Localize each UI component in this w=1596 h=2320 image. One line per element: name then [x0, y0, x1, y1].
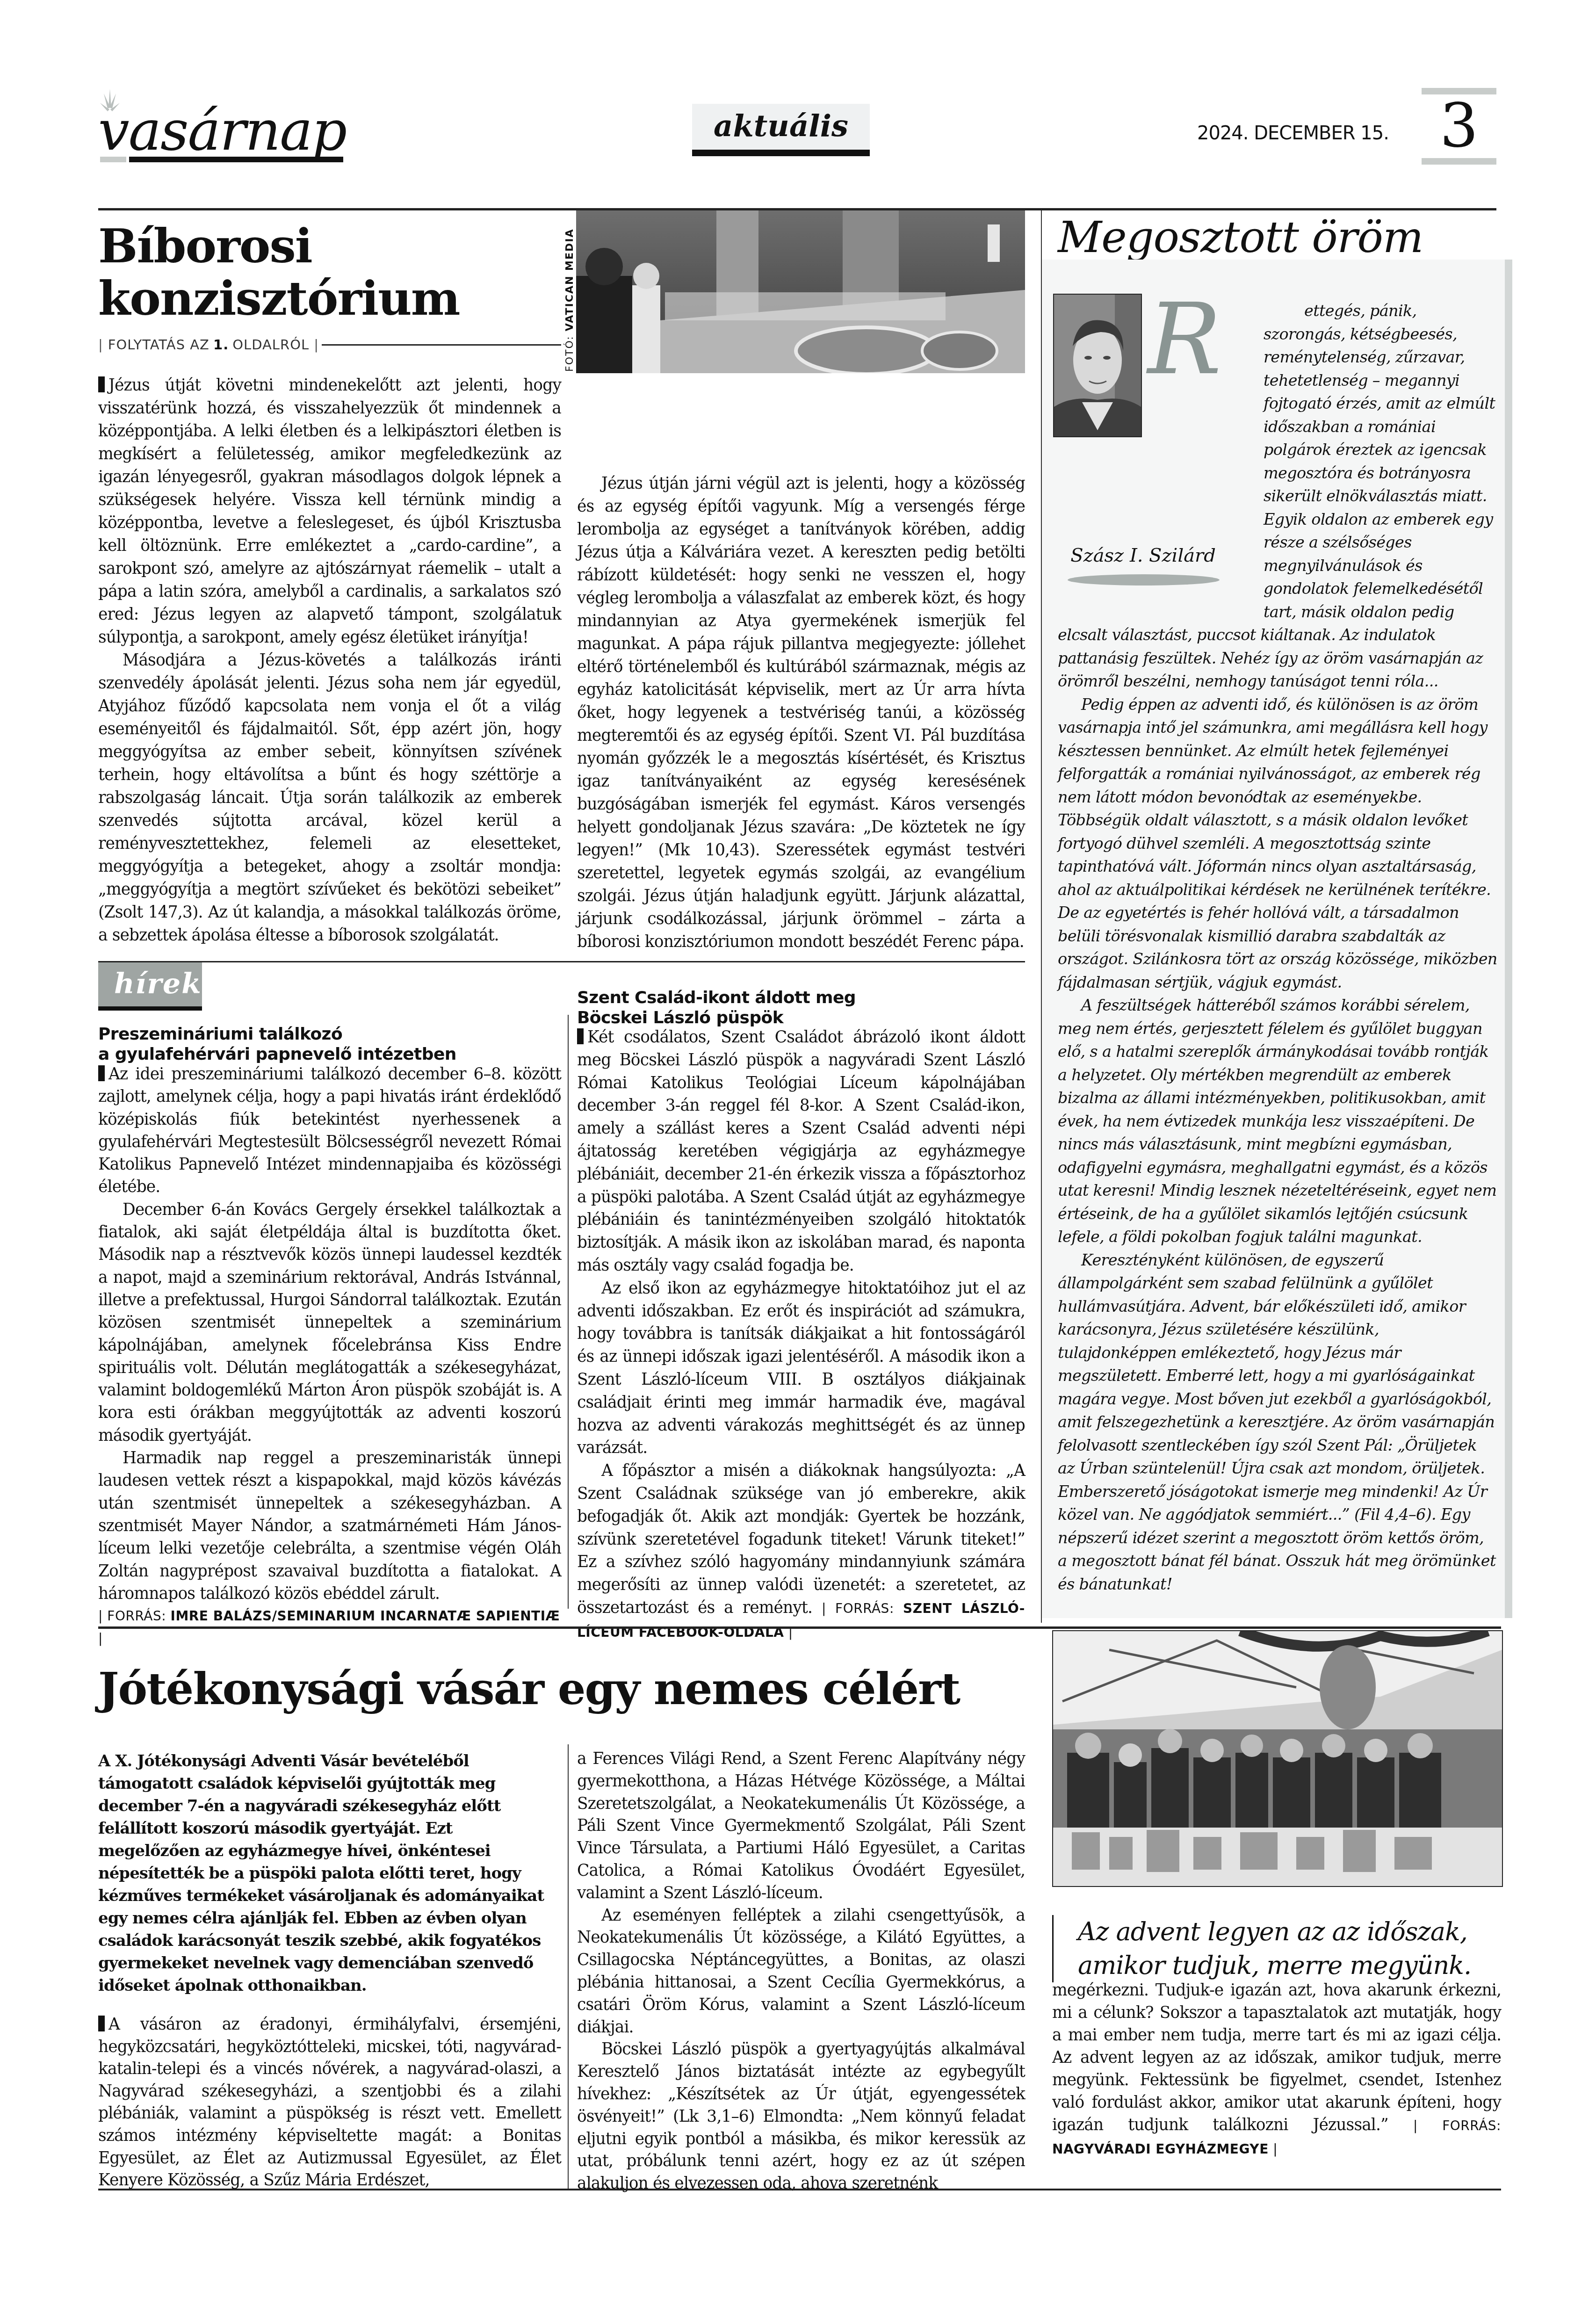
consistory-body-col1: Jézus útját követni mindenekelőtt azt je… [98, 374, 561, 947]
paragraph-text: Jézus útját követni mindenekelőtt azt je… [98, 376, 561, 647]
paragraph: A feszültségek hátteréből számos korábbi… [1058, 994, 1497, 1249]
paragraph: Keresztényként különösen, de egyszerű ál… [1058, 1249, 1497, 1596]
source-name: NAGYVÁRADI EGYHÁZMEGYE [1052, 2141, 1269, 2157]
news-section-tab: hírek [98, 962, 202, 1008]
column-divider [568, 1744, 569, 2189]
paragraph: December 6-án Kovács Gergely érsekkel ta… [98, 1199, 561, 1447]
news-item-1-body: Az idei preszemináriumi találkozó decemb… [98, 1063, 561, 1650]
market-lede: A X. Jótékonysági Adventi Vásár bevételé… [98, 1750, 552, 1997]
headline-line-1: Bíborosi [98, 220, 460, 272]
pull-quote: Az advent legyen az az időszak, amikor t… [1052, 1915, 1527, 1982]
paragraph: Az eseményen felléptek a zilahi csengett… [577, 1905, 1025, 2039]
page-bottom-rule [98, 2189, 1501, 2190]
paragraph-text: A főpásztor a misén a diákoknak hangsúly… [577, 1461, 1025, 1617]
consistory-photo [576, 210, 1025, 373]
logo-accent-bar [100, 157, 126, 162]
lead-marker [98, 2016, 105, 2031]
source-name: IMRE BALÁZS/SEMINARIUM INCARNATÆ SAPIENT… [171, 1608, 560, 1624]
headline-line-2: Böcskei László püspök [577, 1008, 1025, 1028]
section-tab-underline [692, 150, 870, 156]
basilica-photo-illustration [576, 210, 1025, 373]
section-tab: aktuális [692, 104, 870, 151]
section-label: aktuális [692, 104, 870, 149]
paragraph-text: A vásáron az éradonyi, érmihályfalvi, ér… [98, 2015, 561, 2190]
kicker-page-link[interactable]: 1. [213, 337, 229, 353]
photo-credit-source: VATICAN MEDIA [564, 229, 576, 332]
kicker-pipe: | [314, 337, 319, 353]
masthead-logo: vasárnap [98, 94, 351, 164]
market-photo [1052, 1630, 1503, 1887]
lead-marker [98, 376, 105, 392]
source-label: FORRÁS: [1442, 2118, 1501, 2133]
photo-credit-label: FOTÓ: [564, 335, 576, 372]
news-section-label: hírek [98, 962, 202, 1005]
market-stall-illustration [1053, 1631, 1502, 1886]
paragraph: Az idei preszemináriumi találkozó decemb… [98, 1063, 561, 1199]
paragraph: Másodjára a Jézus-követés a találkozás i… [98, 649, 561, 947]
issue-date: 2024. DECEMBER 15. [1197, 123, 1389, 144]
page-number: 3 [1422, 88, 1496, 163]
paragraph: Jézus útján járni végül azt is jelenti, … [577, 472, 1025, 954]
news-item-2-headline: Szent Család-ikont áldott meg Böcskei Lá… [577, 988, 1025, 1028]
lead-marker [98, 1065, 105, 1081]
paragraph: Jézus útját követni mindenekelőtt azt je… [98, 374, 561, 649]
column-divider [568, 1015, 569, 1609]
headline-line-2: a gyulafehérvári papnevelő intézetben [98, 1044, 561, 1064]
paragraph-text: Az idei preszemináriumi találkozó decemb… [98, 1065, 561, 1196]
news-item-1-headline: Preszemináriumi találkozó a gyulafehérvá… [98, 1024, 561, 1064]
paragraph: megérkezni. Tudjuk-e igazán azt, hova ak… [1052, 1979, 1501, 2161]
kicker-pipe: | [98, 337, 103, 353]
paragraph: Pedig éppen az adventi idő, és különösen… [1058, 693, 1497, 994]
market-body-col1: A vásáron az éradonyi, érmihályfalvi, ér… [98, 2014, 561, 2192]
paragraph: A vásáron az éradonyi, érmihályfalvi, ér… [98, 2014, 561, 2192]
market-body-col3: megérkezni. Tudjuk-e igazán azt, hova ak… [1052, 1979, 1501, 2161]
logo-wordmark: vasárnap [98, 103, 346, 158]
market-body-col2: a Ferences Világi Rend, a Szent Ferenc A… [577, 1748, 1025, 2195]
headline-line-1: Preszemináriumi találkozó [98, 1024, 561, 1044]
news-item-2-body: Két csodálatos, Szent Családot ábrázoló … [577, 1026, 1025, 1644]
photo-credit: FOTÓ: VATICAN MEDIA [564, 229, 576, 372]
kicker-rule [322, 344, 561, 346]
section-divider [98, 1626, 1501, 1629]
kicker-prefix: FOLYTATÁS AZ [108, 337, 209, 353]
kicker-suffix: OLDALRÓL [232, 337, 309, 353]
market-headline: Jótékonysági vásár egy nemes célért [98, 1667, 960, 1711]
news-tab-underline [98, 1006, 202, 1011]
page-number-bottom-bar [1422, 158, 1496, 165]
paragraph: Két csodálatos, Szent Családot ábrázoló … [577, 1026, 1025, 1277]
opinion-side-bar [1505, 260, 1512, 1618]
news-divider [98, 961, 1025, 962]
paragraph-text: Két csodálatos, Szent Családot ábrázoló … [577, 1028, 1025, 1275]
headline-line-2: konzisztórium [98, 272, 460, 325]
lead-marker [577, 1028, 584, 1044]
consistory-body-col2: Jézus útján járni végül azt is jelenti, … [577, 472, 1025, 954]
opinion-body: ettegés, pánik, szorongás, kétségbeesés,… [1058, 299, 1497, 1596]
portrait-spacer [1058, 299, 1264, 603]
paragraph: a Ferences Világi Rend, a Szent Ferenc A… [577, 1748, 1025, 1905]
opinion-title: Megosztott öröm [1058, 216, 1423, 259]
logo-underline [129, 157, 343, 162]
paragraph: Az első ikon az egyházmegye hitoktatóiho… [577, 1277, 1025, 1460]
consistory-headline: Bíborosi konzisztórium [98, 220, 460, 325]
paragraph: A főpásztor a misén a diákoknak hangsúly… [577, 1460, 1025, 1644]
source-label: FORRÁS: [107, 1608, 166, 1624]
source-label: FORRÁS: [835, 1601, 894, 1616]
paragraph: Harmadik nap reggel a preszeminaristák ü… [98, 1447, 561, 1605]
paragraph: Böcskei László püspök a gyertyagyújtás a… [577, 2038, 1025, 2195]
headline-line-1: Szent Család-ikont áldott meg [577, 988, 1025, 1008]
continuation-kicker: | FOLYTATÁS AZ 1. OLDALRÓL | [98, 337, 561, 353]
paragraph-text: megérkezni. Tudjuk-e igazán azt, hova ak… [1052, 1981, 1501, 2134]
